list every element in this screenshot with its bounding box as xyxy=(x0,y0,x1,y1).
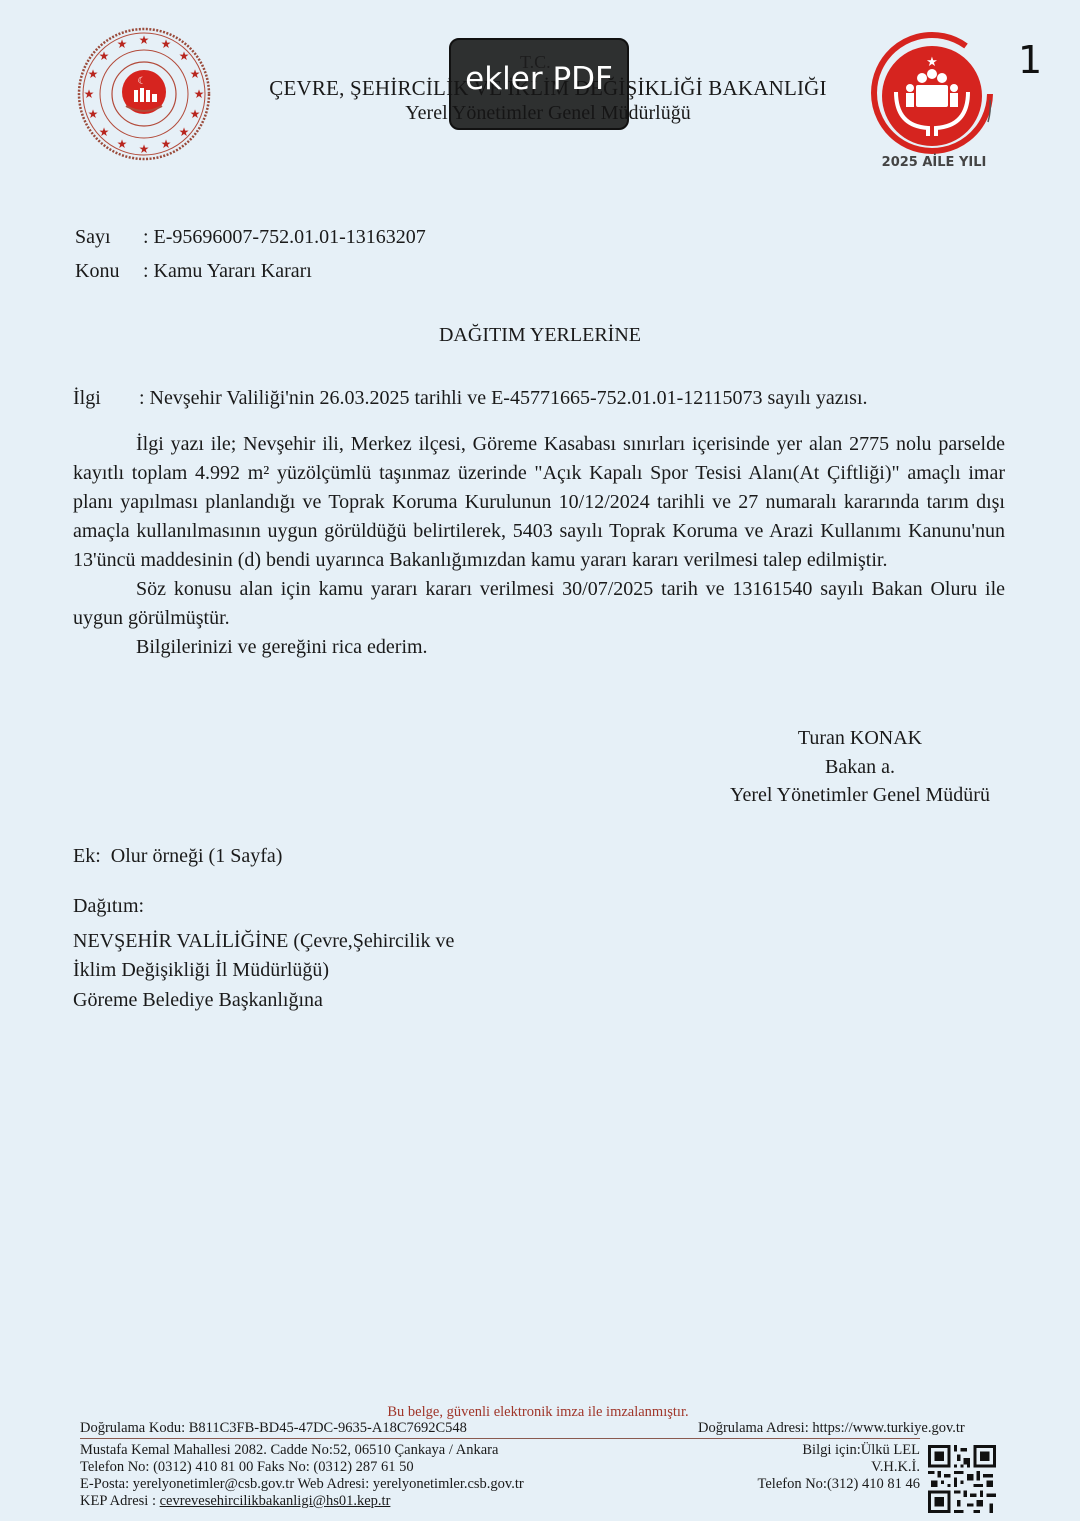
phone-fax: Telefon No: (0312) 410 81 00 Faks No: (0… xyxy=(80,1459,524,1476)
postal-address: Mustafa Kemal Mahallesi 2082. Cadde No:5… xyxy=(80,1442,524,1459)
info-contact-block: Bilgi için:Ülkü LEL V.H.K.İ. Telefon No:… xyxy=(758,1442,920,1493)
svg-text:★: ★ xyxy=(139,142,150,156)
attachment-label: Ek: xyxy=(73,845,101,867)
signer-title: Yerel Yönetimler Genel Müdürü xyxy=(700,781,1020,810)
svg-text:★: ★ xyxy=(99,49,110,63)
info-phone: Telefon No:(312) 410 81 46 xyxy=(758,1476,920,1493)
sayi-row: Sayı: E-95696007-752.01.01-13163207 xyxy=(75,226,426,249)
body-paragraph: Söz konusu alan için kamu yararı kararı … xyxy=(73,575,1005,633)
svg-text:★: ★ xyxy=(117,37,128,51)
svg-text:★: ★ xyxy=(139,33,150,47)
svg-text:★: ★ xyxy=(926,54,938,69)
distribution-item: İklim Değişikliği İl Müdürlüğü) xyxy=(73,956,454,986)
sayi-label: Sayı xyxy=(75,226,143,249)
kep-address-link[interactable]: cevrevesehircilikbakanligi@hs01.kep.tr xyxy=(160,1493,391,1509)
svg-text:★: ★ xyxy=(161,137,172,151)
distribution-item: Göreme Belediye Başkanlığına xyxy=(73,986,454,1016)
svg-text:★: ★ xyxy=(179,125,190,139)
info-title: V.H.K.İ. xyxy=(758,1459,920,1476)
svg-text:★: ★ xyxy=(161,37,172,51)
letter-body: İlgi yazı ile; Nevşehir ili, Merkez ilçe… xyxy=(73,430,1005,662)
page-number: 1 xyxy=(1018,38,1042,82)
verification-address[interactable]: Doğrulama Adresi: https://www.turkiye.go… xyxy=(698,1420,965,1437)
attachment-row: Ek:Olur örneği (1 Sayfa) xyxy=(73,845,282,868)
kep-label: KEP Adresi : xyxy=(80,1493,160,1509)
contact-address-block: Mustafa Kemal Mahallesi 2082. Cadde No:5… xyxy=(80,1442,524,1510)
verification-code: Doğrulama Kodu: B811C3FB-BD45-47DC-9635-… xyxy=(80,1420,467,1437)
footer-divider xyxy=(80,1438,920,1439)
info-contact: Bilgi için:Ülkü LEL xyxy=(758,1442,920,1459)
kep-row: KEP Adresi : cevrevesehircilikbakanligi@… xyxy=(80,1493,524,1510)
body-paragraph: Bilgilerinizi ve gereğini rica ederim. xyxy=(73,633,1005,662)
family-year-logo-icon: ★ 2025 AİLE YILI xyxy=(866,30,1002,170)
recipient-heading: DAĞITIM YERLERİNE xyxy=(439,324,641,346)
sayi-value: : E-95696007-752.01.01-13163207 xyxy=(143,226,426,248)
distribution-title: Dağıtım: xyxy=(73,892,454,922)
svg-text:2025 AİLE YILI: 2025 AİLE YILI xyxy=(882,154,987,170)
attachment-value: Olur örneği (1 Sayfa) xyxy=(111,845,283,867)
svg-text:★: ★ xyxy=(99,125,110,139)
konu-label: Konu xyxy=(75,260,143,283)
signature-block: Turan KONAK Bakan a. Yerel Yönetimler Ge… xyxy=(700,724,1020,810)
signer-on-behalf: Bakan a. xyxy=(700,753,1020,782)
signer-name: Turan KONAK xyxy=(700,724,1020,753)
svg-text:★: ★ xyxy=(117,137,128,151)
ilgi-value: : Nevşehir Valiliği'nin 26.03.2025 tarih… xyxy=(139,387,868,409)
konu-row: Konu: Kamu Yararı Kararı xyxy=(75,260,312,283)
ilgi-row: İlgi: Nevşehir Valiliği'nin 26.03.2025 t… xyxy=(73,387,868,410)
svg-text:★: ★ xyxy=(179,49,190,63)
qr-code-icon[interactable] xyxy=(928,1444,996,1514)
esign-notice: Bu belge, güvenli elektronik imza ile im… xyxy=(387,1404,688,1420)
ilgi-label: İlgi xyxy=(73,387,139,410)
body-paragraph: İlgi yazı ile; Nevşehir ili, Merkez ilçe… xyxy=(73,430,1005,575)
distribution-list: Dağıtım: NEVŞEHİR VALİLİĞİNE (Çevre,Şehi… xyxy=(73,892,454,1015)
ekler-pdf-overlay[interactable]: ekler PDF xyxy=(449,38,629,130)
email-web: E-Posta: yerelyonetimler@csb.gov.tr Web … xyxy=(80,1476,524,1493)
distribution-item: NEVŞEHİR VALİLİĞİNE (Çevre,Şehircilik ve xyxy=(73,927,454,957)
konu-value: : Kamu Yararı Kararı xyxy=(143,260,312,282)
